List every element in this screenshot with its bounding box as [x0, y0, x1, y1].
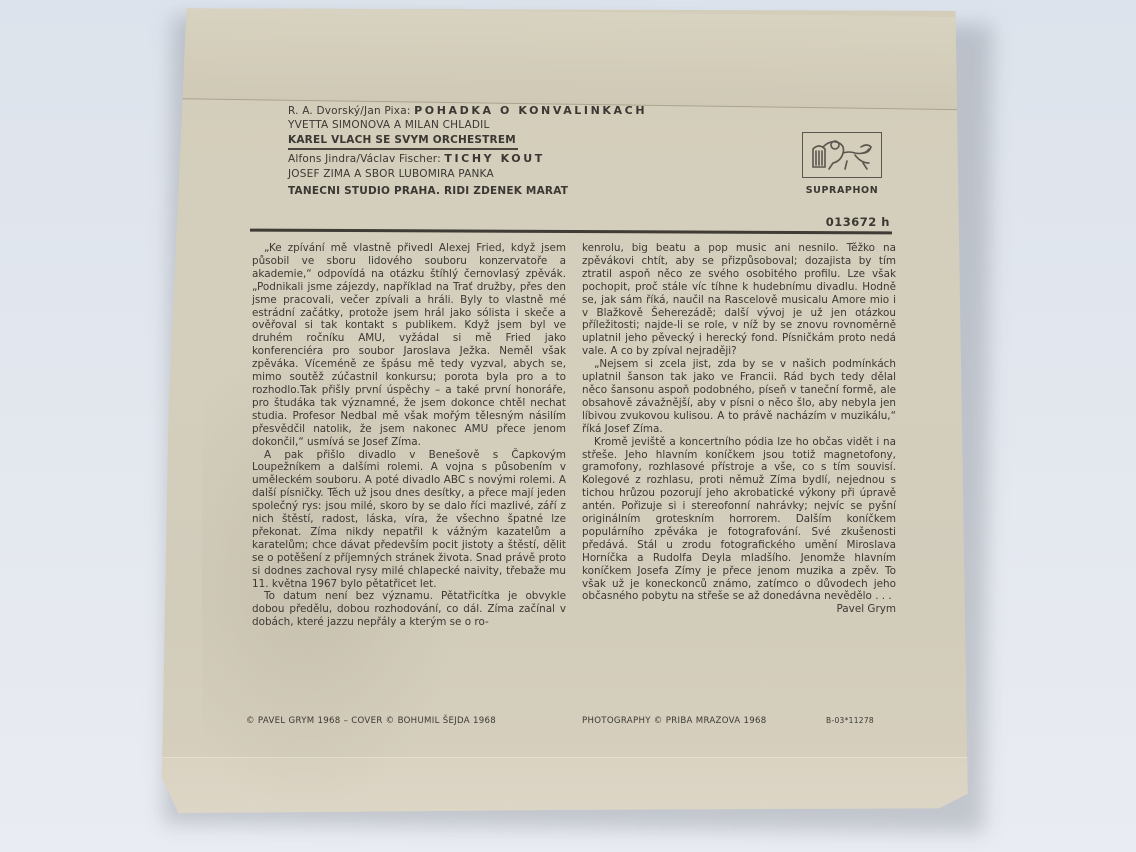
- label-name: SUPRAPHON: [796, 185, 888, 196]
- article-paragraph: „Ke zpívání mě vlastně přivedl Alexej Fr…: [252, 242, 566, 449]
- article-paragraph: „Nejsem si zcela jist, zda by se v našic…: [582, 358, 896, 435]
- track1-title: POHADKA O KONVALINKACH: [414, 104, 647, 117]
- header-divider: [250, 229, 892, 234]
- track2-orchestra: TANECNI STUDIO PRAHA. RIDI ZDENEK MARAT: [288, 184, 708, 198]
- record-sleeve-back: R. A. Dvorský/Jan Pixa: POHADKA O KONVAL…: [162, 6, 980, 818]
- print-code: B-03*11278: [826, 716, 874, 725]
- article-left-column: „Ke zpívání mě vlastně přivedl Alexej Fr…: [252, 242, 566, 629]
- track2-authors: Alfons Jindra/Václav Fischer:: [288, 153, 441, 165]
- article-paragraph: Kromě jeviště a koncertního pódia lze ho…: [582, 436, 896, 604]
- sleeve-top-flap: [162, 6, 980, 110]
- article-author: Pavel Grym: [582, 603, 896, 616]
- track1-heading: R. A. Dvorský/Jan Pixa: POHADKA O KONVAL…: [288, 104, 708, 118]
- credits-divider: [288, 148, 518, 150]
- track-credits: R. A. Dvorský/Jan Pixa: POHADKA O KONVAL…: [288, 104, 708, 198]
- article-paragraph: To datum není bez významu. Pětatřicítka …: [252, 590, 566, 629]
- track2-title: TICHY KOUT: [444, 152, 545, 165]
- footer-credits-left: © PAVEL GRYM 1968 – COVER © BOHUMIL ŠEJD…: [246, 716, 496, 726]
- article-right-column: kenrolu, big beatu a pop music ani nesni…: [582, 242, 896, 616]
- track2-performers: JOSEF ZIMA A SBOR LUBOMIRA PANKA: [288, 167, 708, 181]
- article-paragraph: A pak přišlo divadlo v Benešově s Čapkov…: [252, 449, 566, 591]
- footer-credits-right: PHOTOGRAPHY © PRIBA MRAZOVA 1968: [582, 716, 767, 726]
- catalog-number: 013672 h: [786, 215, 890, 229]
- article-paragraph: kenrolu, big beatu a pop music ani nesni…: [582, 242, 896, 358]
- supraphon-lion-logo-icon: [802, 132, 882, 178]
- track1-performers: YVETTA SIMONOVA A MILAN CHLADIL: [288, 118, 708, 132]
- track2-heading: Alfons Jindra/Václav Fischer: TICHY KOUT: [288, 152, 708, 166]
- track1-authors: R. A. Dvorský/Jan Pixa:: [288, 105, 411, 117]
- track1-orchestra: KAREL VLACH SE SVYM ORCHESTREM: [288, 133, 708, 147]
